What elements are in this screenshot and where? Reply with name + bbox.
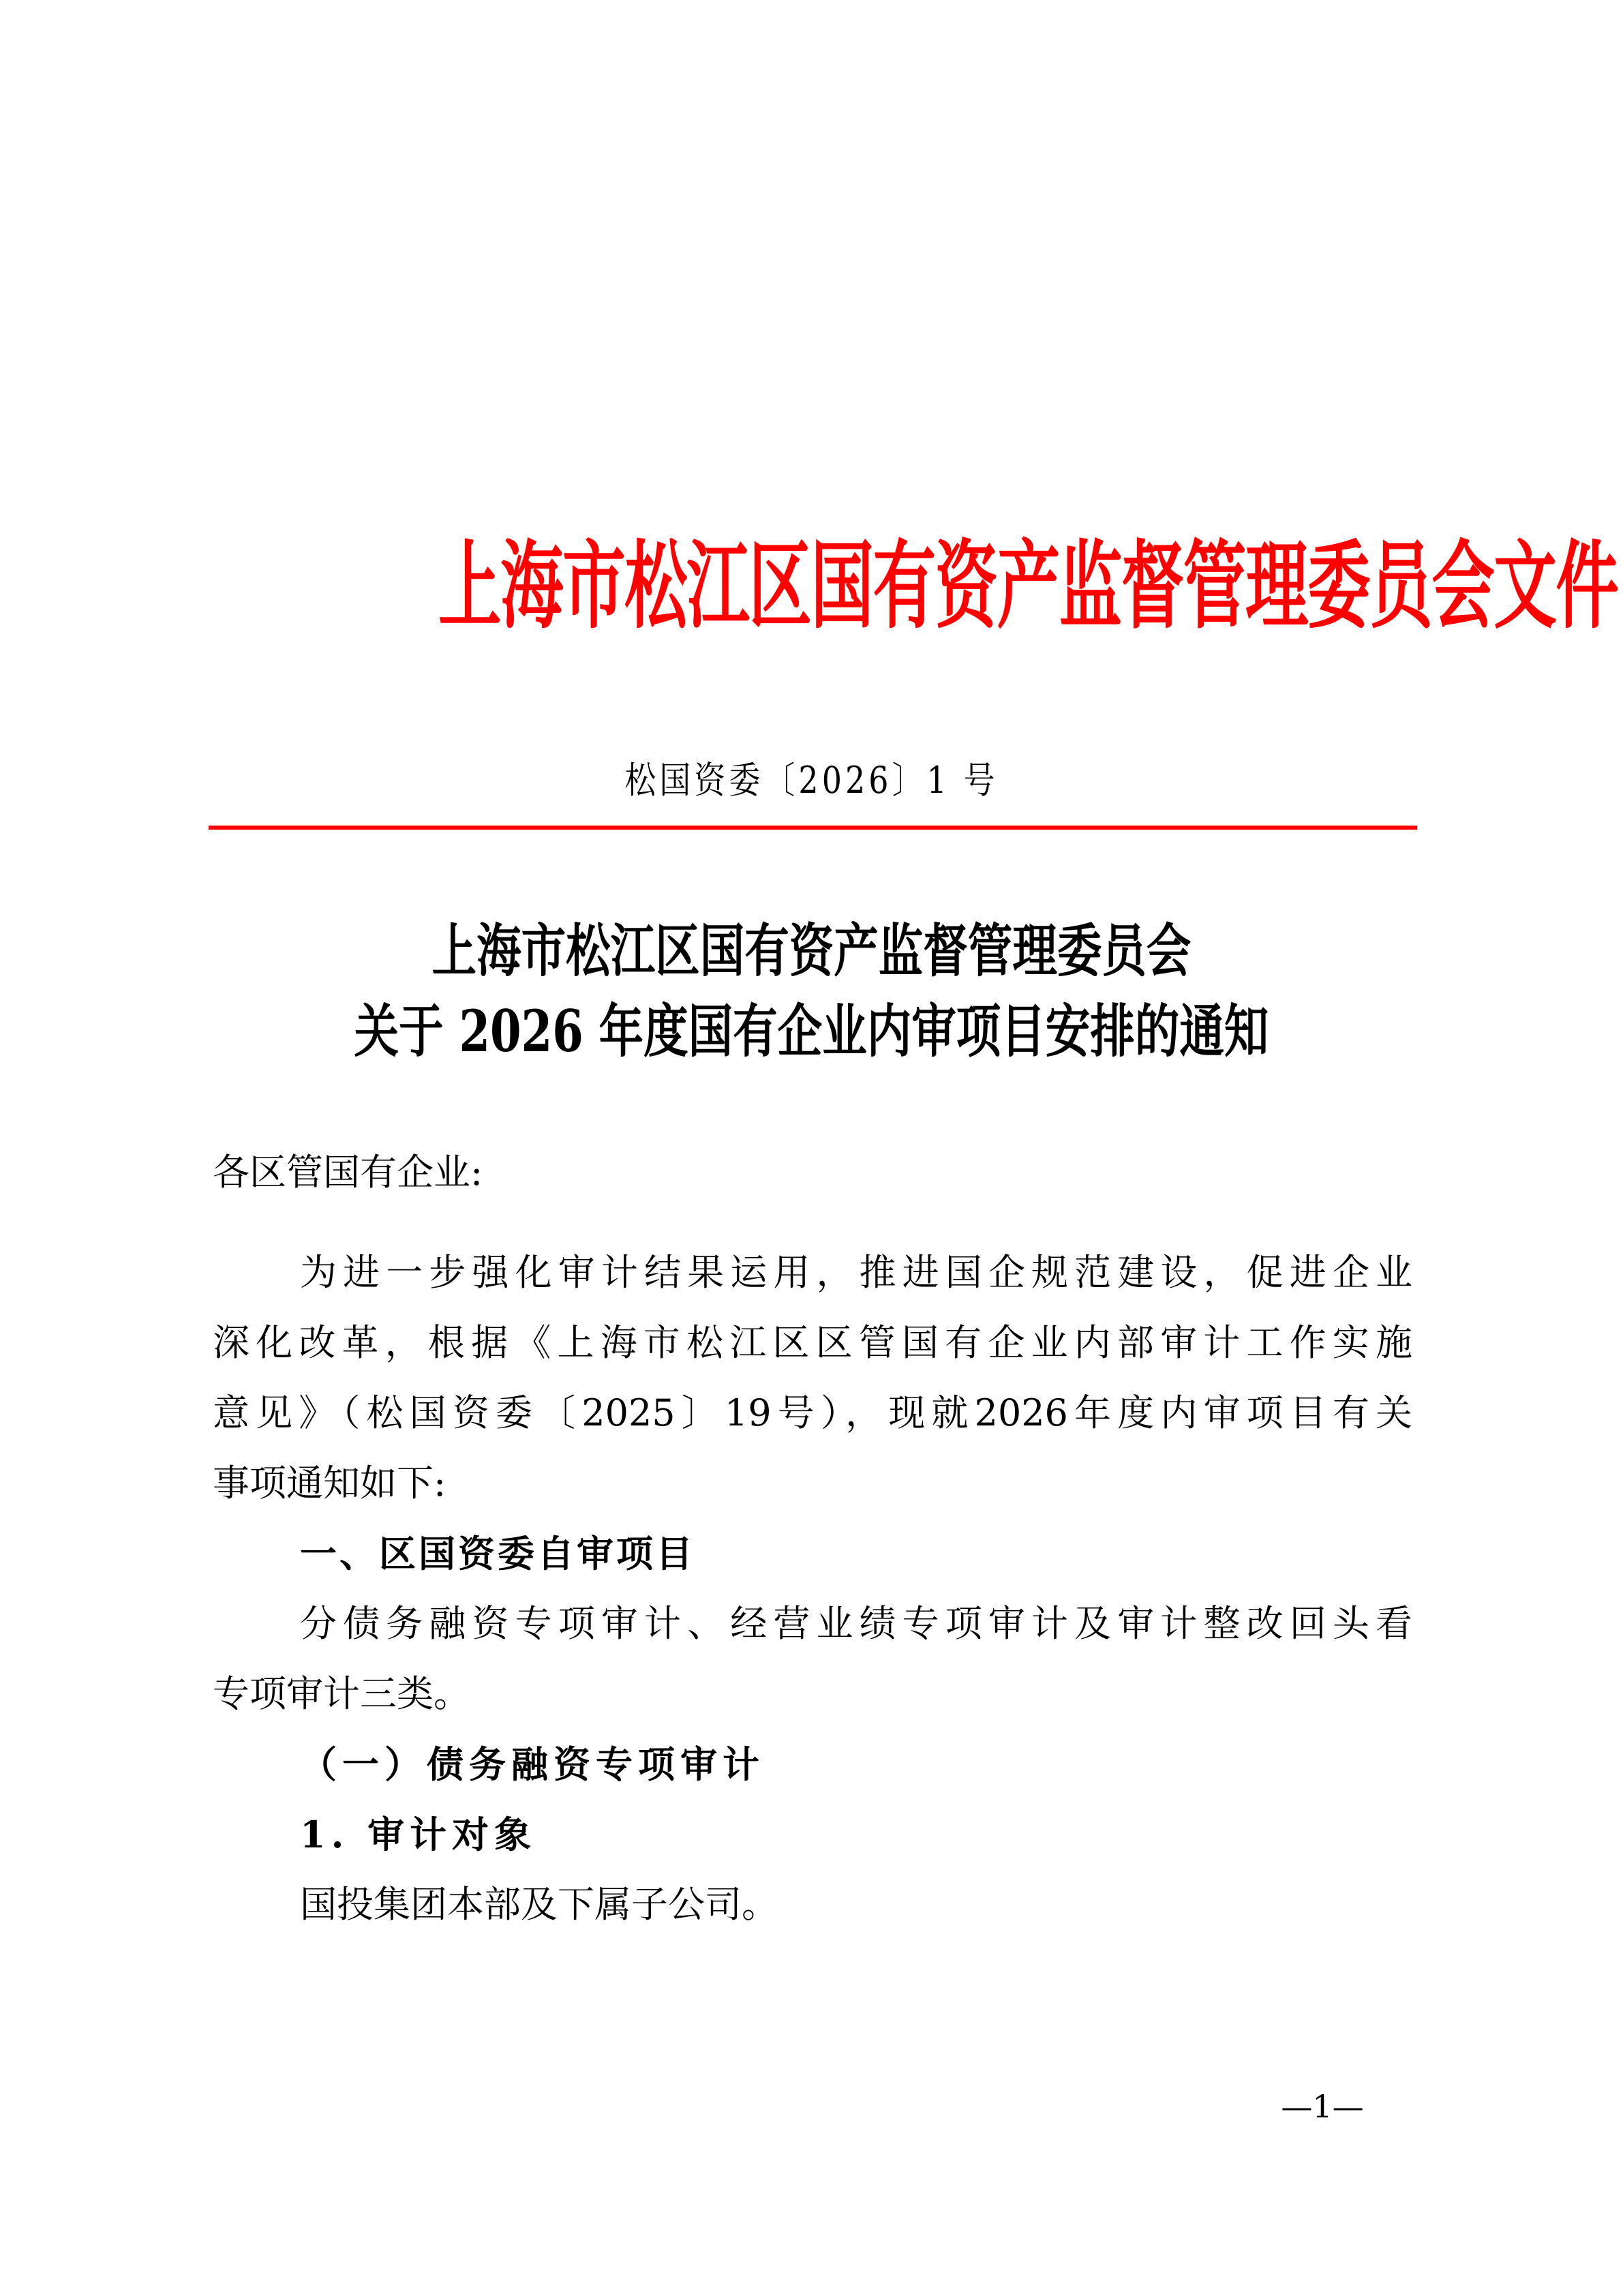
item-heading-1: 1. 审计对象 [300, 1807, 1412, 1862]
body-paragraph-line: 为进一步强化审计结果运用，推进国企规范建设，促进企业 [300, 1245, 1412, 1300]
document-title-line-2: 关于 2026 年度国有企业内审项目安排的通知 [179, 997, 1444, 1066]
subsection-heading-1: （一）债务融资专项审计 [300, 1737, 1412, 1792]
section-paragraph-line: 分债务融资专项审计、经营业绩专项审计及审计整改回头看 [300, 1597, 1412, 1651]
page-number: —1— [1254, 2086, 1391, 2127]
section-paragraph-line: 专项审计三类。 [213, 1667, 1412, 1721]
body-paragraph-line: 意见》（松国资委〔2025〕19号），现就2026年度内审项目有关 [213, 1386, 1412, 1440]
red-divider-rule [209, 826, 1417, 830]
salutation: 各区管国有企业: [213, 1145, 1412, 1200]
document-title-line-1: 上海市松江区国有资产监督管理委员会 [179, 917, 1444, 985]
body-paragraph-line: 事项通知如下: [213, 1456, 1412, 1511]
document-number: 松国资委〔2026〕1 号 [122, 757, 1502, 804]
issuer-header: 上海市松江区国有资产监督管理委员会文件 [438, 532, 1187, 641]
document-page: 上海市松江区国有资产监督管理委员会文件 松国资委〔2026〕1 号 上海市松江区… [0, 0, 1623, 2296]
body-paragraph-line: 深化改革，根据《上海市松江区区管国有企业内部审计工作实施 [213, 1316, 1412, 1370]
section-heading-1: 一、区国资委自审项目 [300, 1527, 1412, 1582]
item-text-1: 国投集团本部及下属子公司。 [300, 1877, 1412, 1932]
